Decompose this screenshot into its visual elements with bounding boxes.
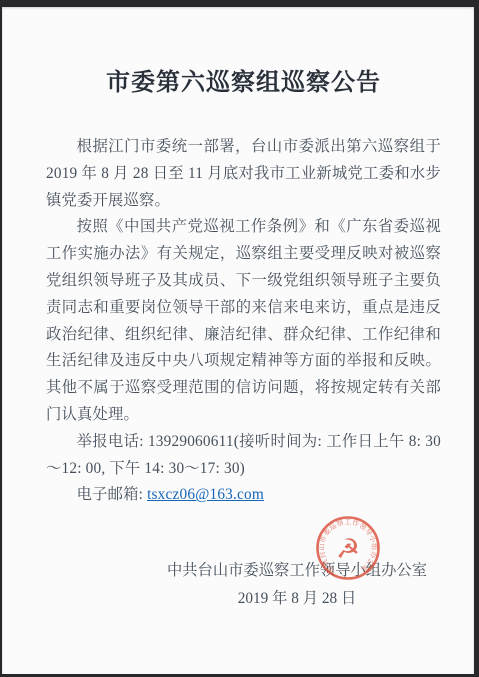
paragraph-deployment: 根据江门市委统一部署，台山市委派出第六巡察组于2019 年 8 月 28 日至 … (46, 134, 441, 214)
email-link[interactable]: tsxcz06@163.com (147, 486, 264, 503)
email-label: 电子邮箱: (77, 486, 147, 503)
signature-block: 中共台山市委巡察工作领导小组办公室 2019 年 8 月 28 日 (167, 557, 427, 613)
paragraph-phone: 举报电话: 13929060611(接听时间为: 工作日上午 8: 30～12:… (46, 429, 441, 483)
scanned-page: 市委第六巡察组巡察公告 根据江门市委统一部署，台山市委派出第六巡察组于2019 … (2, 7, 474, 674)
paragraph-email: 电子邮箱: tsxcz06@163.com (46, 482, 441, 509)
date-line: 2019 年 8 月 28 日 (167, 585, 427, 613)
page-title: 市委第六巡察组巡察公告 (46, 67, 441, 99)
signature-line: 中共台山市委巡察工作领导小组办公室 (167, 557, 427, 585)
paragraph-scope: 按照《中国共产党巡视工作条例》和《广东省委巡视工作实施办法》有关规定，巡察组主要… (46, 214, 441, 428)
announcement-document: 市委第六巡察组巡察公告 根据江门市委统一部署，台山市委派出第六巡察组于2019 … (2, 7, 474, 674)
